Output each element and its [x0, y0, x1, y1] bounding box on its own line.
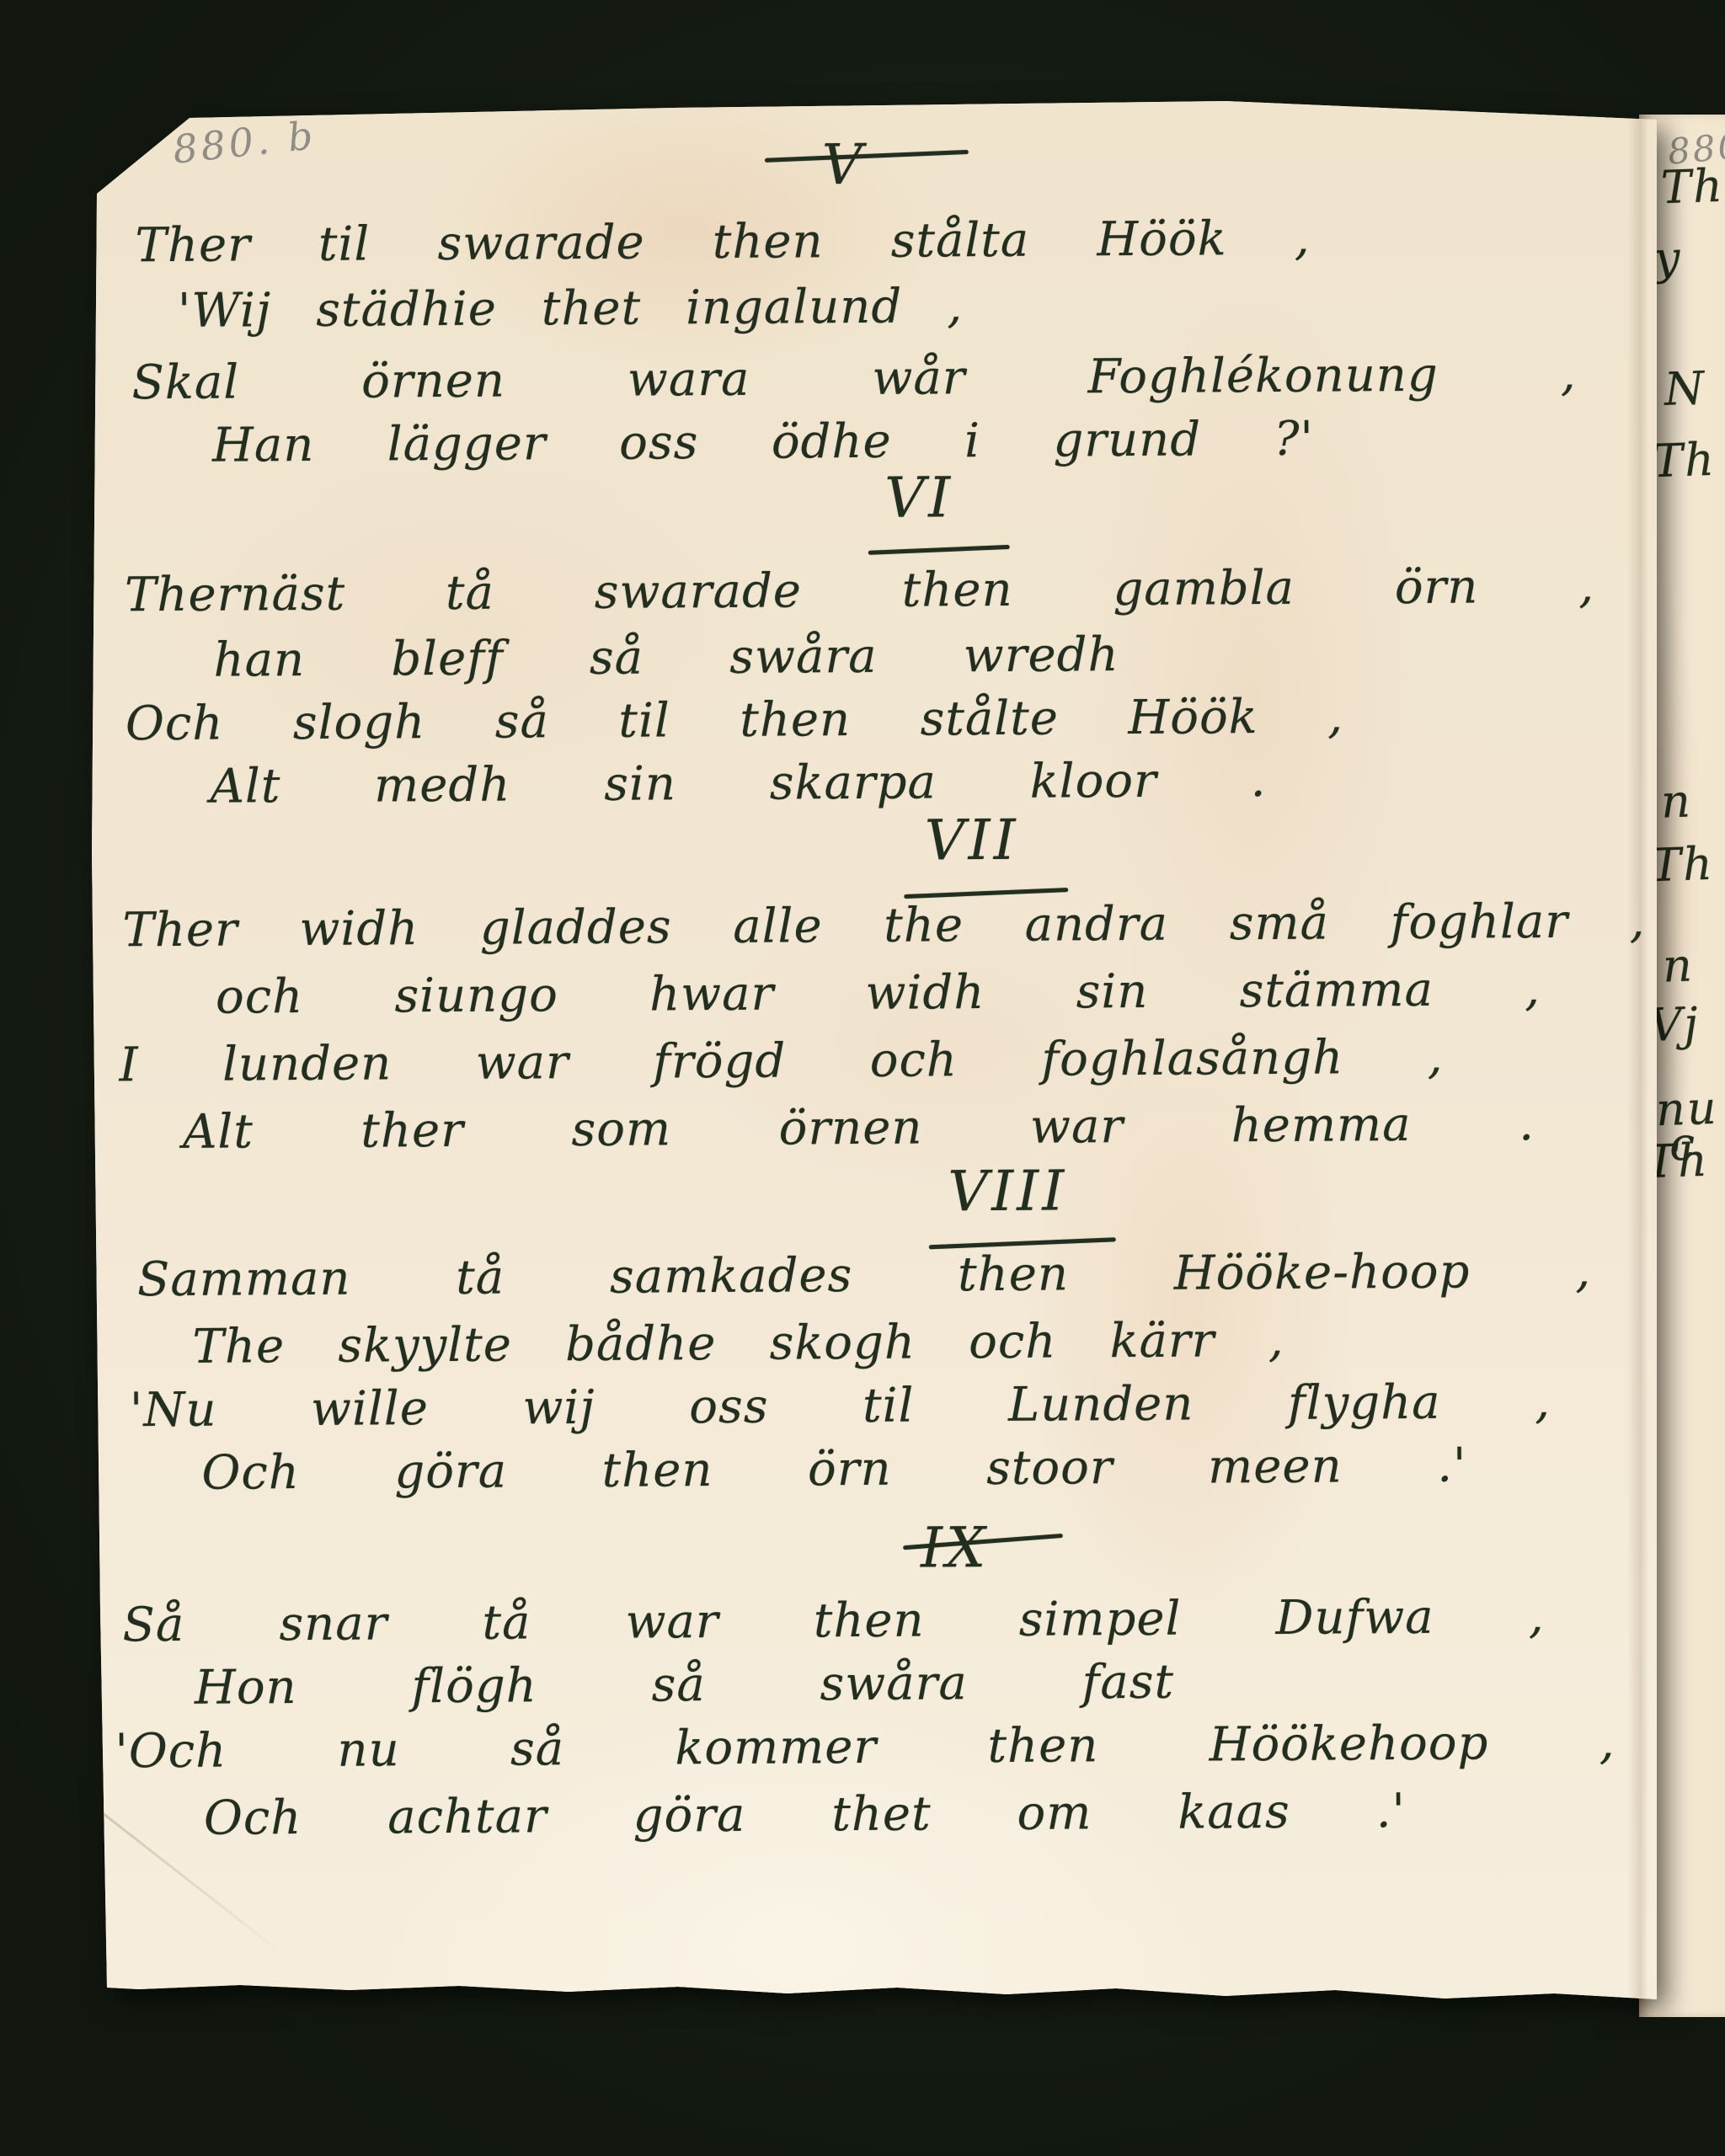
verse-line: Och achtar göra thet om kaas .'	[204, 1783, 1406, 1849]
verse-line: Och göra then örn stoor meen .'	[201, 1438, 1466, 1504]
second-page-text-fragment: Th	[1650, 841, 1715, 889]
verse-line: Ther widh gladdes alle the andra små fog…	[122, 893, 1645, 961]
stanza-numeral-vii: VII	[925, 813, 1019, 869]
verse-line: Alt medh sin skarpa kloor .	[210, 752, 1266, 818]
stanza-numeral-ix: IX	[921, 1520, 989, 1576]
verse-line: Thernäst tå swarade then gambla örn ,	[125, 558, 1594, 627]
second-page-text-fragment: n	[1660, 778, 1693, 825]
verse-line: I lunden war frögd och foghlasångh ,	[119, 1029, 1443, 1097]
verse-line: Samman tå samkades then Hööke-hoop ,	[137, 1243, 1591, 1311]
verse-line: 'Och nu så kommer then Höökehoop ,	[115, 1715, 1615, 1783]
verse-line: 'Nu wille wij oss til Lunden flygha ,	[130, 1374, 1551, 1441]
verse-line: Och slogh så til then stålte Höök ,	[126, 688, 1343, 755]
verse-line: Han lägger oss ödhe i grund ?'	[212, 411, 1314, 477]
verse-line: The skyylte bådhe skogh och kärr ,	[192, 1312, 1284, 1378]
verse-line: Alt ther som örnen war hemma .	[183, 1096, 1535, 1163]
verse-line: Ther til swarade then stålta Höök ,	[135, 211, 1310, 277]
second-page-text-fragment: Th	[1652, 437, 1717, 485]
second-page-text-fragment: n	[1662, 942, 1695, 989]
second-page-text-fragment: Th	[1660, 163, 1725, 211]
stanza-numeral-vi: VI	[884, 470, 953, 526]
second-page-text-fragment: N	[1664, 366, 1706, 413]
verse-line: Skal örnen wara wår Foghlékonung ,	[131, 346, 1576, 414]
verse-line: 'Wij städhie thet ingalund ,	[178, 278, 963, 342]
photo-background: 880 Th y N Th n Th n Vj nu c Th 880. b V…	[0, 0, 1725, 2156]
manuscript-page: 880. b V Ther til swarade then stålta Hö…	[88, 94, 1659, 2003]
verse-line: Hon flögh så swåra fast	[195, 1654, 1174, 1719]
numeral-overline	[765, 150, 969, 163]
verse-line: han bleff så swåra wredh	[213, 627, 1119, 691]
stanza-numeral-viii: VIII	[948, 1163, 1067, 1219]
handwritten-text-layer: V Ther til swarade then stålta Höök , 'W…	[83, 88, 1666, 2006]
verse-line: och siungo hwar widh sin stämma ,	[216, 961, 1541, 1028]
verse-line: Så snar tå war then simpel Dufwa ,	[122, 1588, 1544, 1656]
stanza-numeral-v: V	[822, 137, 866, 193]
numeral-underline	[868, 545, 1010, 555]
